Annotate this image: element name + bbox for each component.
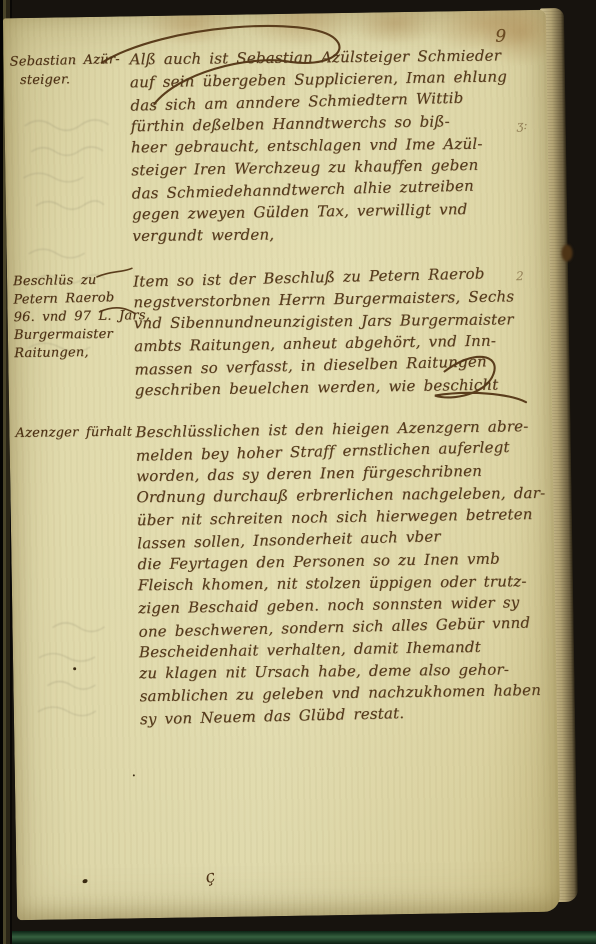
edge-mark-lower: 2 — [516, 269, 524, 283]
edge-mark-upper: ʒ: — [517, 118, 528, 132]
ink-speck — [82, 879, 87, 883]
text-line: über nit schreiten noch sich hierwegen b… — [137, 504, 533, 530]
text-line: Ordnung durchauß erbrerlichen nachgelebe… — [136, 483, 545, 507]
page-stain — [143, 10, 239, 46]
text-line: worden, das sy deren Inen fürgeschribnen — [136, 461, 482, 486]
text-line: geschriben beuelchen werden, wie beschic… — [135, 375, 499, 401]
text-line: gegen zweyen Gülden Tax, verwilligt vnd — [132, 199, 468, 224]
margin-note-line: steiger. — [20, 70, 71, 91]
text-line: vergundt werden, — [132, 224, 274, 245]
margin-note-line: Sebastian Azür- — [9, 50, 120, 73]
ink-speck — [73, 667, 76, 670]
flourish-dash — [97, 268, 132, 277]
text-line: die Feyrtagen den Personen so zu Inen vm… — [137, 549, 500, 575]
text-line: heer gebraucht, entschlagen vnd Ime Azül… — [131, 134, 483, 158]
text-line: zu klagen nit Ursach habe, deme also geh… — [139, 659, 509, 683]
margin-note-line: Raitungen, — [14, 343, 89, 364]
text-line: Alß auch ist Sebastian Azülsteiger Schmi… — [130, 45, 502, 69]
ink-speck — [133, 774, 135, 776]
page-stain — [243, 10, 364, 49]
stray-ink-mark: ç — [203, 866, 217, 888]
folio-number: 9 — [495, 26, 506, 46]
manuscript-photograph: 9 ʒ: 2 Sebastian Azür- steiger. Alß auch… — [0, 0, 596, 944]
text-line: vnd Sibennundneunzigisten Jars Burgermai… — [134, 309, 514, 333]
text-line: sy von Neuem das Glübd restat. — [140, 703, 405, 729]
manuscript-page: 9 ʒ: 2 Sebastian Azür- steiger. Alß auch… — [3, 10, 560, 920]
ghost-writing — [23, 120, 118, 717]
text-line: fürthin deßelben Hanndtwerchs so biß- — [131, 111, 450, 136]
table-edge-strip — [0, 931, 596, 944]
text-line: samblichen zu geleben vnd nachzukhomen h… — [139, 680, 541, 706]
margin-note-line: Azenzger fürhalt — [15, 423, 132, 444]
text-line: Bescheidenhait verhalten, damit Ihemandt — [139, 637, 481, 662]
text-line: Fleisch khomen, nit stolzen üppigen oder… — [138, 571, 527, 595]
binding-tie-remnant — [561, 244, 573, 262]
